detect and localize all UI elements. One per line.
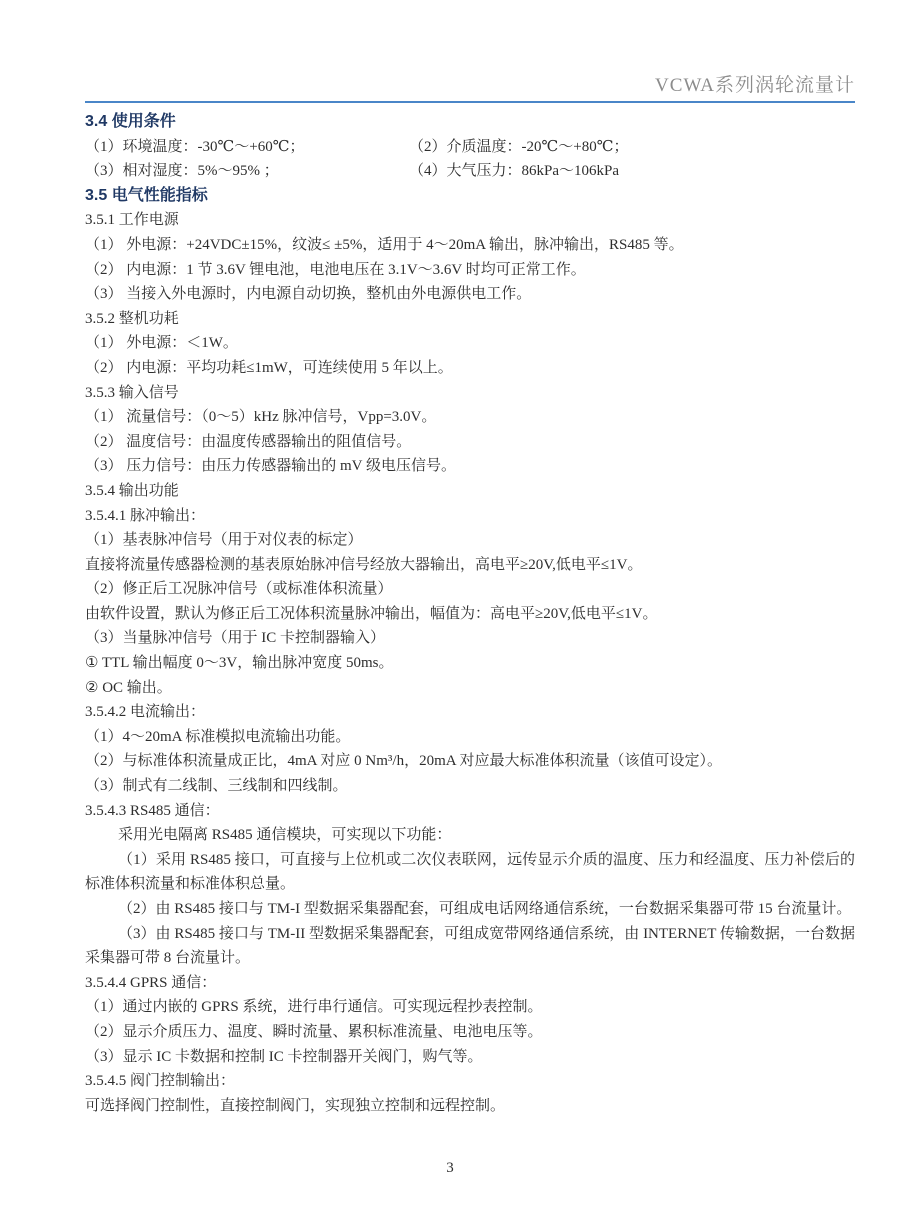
doc-line-col-left: （3）相对湿度：5%～95% ； bbox=[85, 159, 409, 184]
doc-line: 由软件设置，默认为修正后工况体积流量脉冲输出，幅值为：高电平≥20V,低电平≤1… bbox=[85, 602, 855, 627]
doc-line: 直接将流量传感器检测的基表原始脉冲信号经放大器输出，高电平≥20V,低电平≤1V… bbox=[85, 553, 855, 578]
doc-line: （2） 内电源：1 节 3.6V 锂电池，电池电压在 3.1V～3.6V 时均可… bbox=[85, 258, 855, 283]
doc-line: 3.5.4.2 电流输出： bbox=[85, 700, 855, 725]
doc-line: 3.5.1 工作电源 bbox=[85, 208, 855, 233]
doc-line: 3.5.4.3 RS485 通信： bbox=[85, 799, 855, 824]
doc-line: （3）由 RS485 接口与 TM-II 型数据采集器配套，可组成宽带网络通信系… bbox=[85, 922, 855, 971]
page-header: VCWA系列涡轮流量计 bbox=[0, 0, 900, 103]
doc-line: （1）采用 RS485 接口，可直接与上位机或二次仪表联网，远传显示介质的温度、… bbox=[85, 848, 855, 897]
doc-line: （1） 外电源：+24VDC±15%，纹波≤ ±5%，适用于 4～20mA 输出… bbox=[85, 233, 855, 258]
doc-line: （1）通过内嵌的 GPRS 系统，进行串行通信。可实现远程抄表控制。 bbox=[85, 995, 855, 1020]
doc-line: （2）显示介质压力、温度、瞬时流量、累积标准流量、电池电压等。 bbox=[85, 1020, 855, 1045]
doc-line: （3）制式有二线制、三线制和四线制。 bbox=[85, 774, 855, 799]
doc-line: 3.5.4.4 GPRS 通信： bbox=[85, 971, 855, 996]
doc-line: （1） 外电源：＜1W。 bbox=[85, 331, 855, 356]
page-header-title: VCWA系列涡轮流量计 bbox=[85, 74, 855, 98]
doc-line: （2）由 RS485 接口与 TM-I 型数据采集器配套，可组成电话网络通信系统… bbox=[85, 897, 855, 922]
doc-line: （2）修正后工况脉冲信号（或标准体积流量） bbox=[85, 577, 855, 602]
doc-line: （1）基表脉冲信号（用于对仪表的标定） bbox=[85, 528, 855, 553]
doc-line: 采用光电隔离 RS485 通信模块，可实现以下功能： bbox=[85, 823, 855, 848]
doc-line: ① TTL 输出幅度 0～3V，输出脉冲宽度 50ms。 bbox=[85, 651, 855, 676]
doc-line-col-right: （4）大气压力：86kPa～106kPa bbox=[409, 159, 619, 184]
doc-line: 可选择阀门控制性，直接控制阀门，实现独立控制和远程控制。 bbox=[85, 1094, 855, 1119]
doc-line: （1）4～20mA 标准模拟电流输出功能。 bbox=[85, 725, 855, 750]
doc-line: （3）当量脉冲信号（用于 IC 卡控制器输入） bbox=[85, 626, 855, 651]
doc-line-col-right: （2）介质温度：-20℃～+80℃； bbox=[409, 135, 629, 160]
doc-line: 3.5 电气性能指标 bbox=[85, 184, 855, 209]
doc-line: 3.5.4.5 阀门控制输出： bbox=[85, 1069, 855, 1094]
doc-line: （3） 压力信号：由压力传感器输出的 mV 级电压信号。 bbox=[85, 454, 855, 479]
doc-line: 3.4 使用条件 bbox=[85, 110, 855, 135]
doc-line: 3.5.4.1 脉冲输出： bbox=[85, 504, 855, 529]
doc-line: 3.5.2 整机功耗 bbox=[85, 307, 855, 332]
doc-line: 3.5.4 输出功能 bbox=[85, 479, 855, 504]
doc-line: （3）显示 IC 卡数据和控制 IC 卡控制器开关阀门，购气等。 bbox=[85, 1045, 855, 1070]
doc-line: 3.5.3 输入信号 bbox=[85, 381, 855, 406]
doc-line: ② OC 输出。 bbox=[85, 676, 855, 701]
doc-line: （3）相对湿度：5%～95% ；（4）大气压力：86kPa～106kPa bbox=[85, 159, 855, 184]
doc-line-col-left: （1）环境温度：-30℃～+60℃； bbox=[85, 135, 409, 160]
doc-line: （2） 内电源：平均功耗≤1mW，可连续使用 5 年以上。 bbox=[85, 356, 855, 381]
doc-line: （1） 流量信号：（0～5）kHz 脉冲信号，Vpp=3.0V。 bbox=[85, 405, 855, 430]
document-body: 3.4 使用条件（1）环境温度：-30℃～+60℃；（2）介质温度：-20℃～+… bbox=[0, 103, 900, 1118]
doc-line: （2）与标准体积流量成正比，4mA 对应 0 Nm³/h，20mA 对应最大标准… bbox=[85, 749, 855, 774]
page-number: 3 bbox=[0, 1160, 900, 1177]
doc-line: （2） 温度信号：由温度传感器输出的阻值信号。 bbox=[85, 430, 855, 455]
doc-line: （1）环境温度：-30℃～+60℃；（2）介质温度：-20℃～+80℃； bbox=[85, 135, 855, 160]
doc-line: （3） 当接入外电源时，内电源自动切换，整机由外电源供电工作。 bbox=[85, 282, 855, 307]
